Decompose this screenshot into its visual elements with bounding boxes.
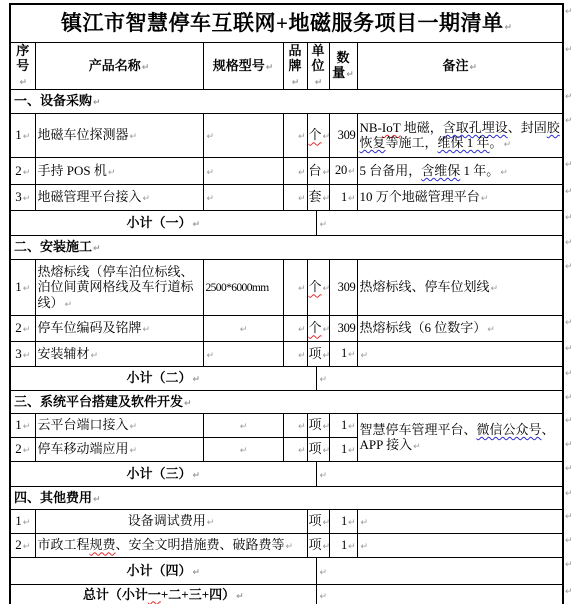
cell-unit: 项↵ bbox=[307, 437, 329, 461]
cell-end-mark-icon: ↵ bbox=[130, 132, 138, 142]
cell-brand: ↵ bbox=[283, 341, 307, 366]
cell-end-mark-icon: ↵ bbox=[108, 168, 116, 178]
spec-text: 2500*6000mm bbox=[206, 282, 269, 294]
cell-end-mark-icon: ↵ bbox=[348, 194, 356, 204]
seq-text: 3 bbox=[15, 189, 22, 204]
cell-end-mark-icon: ↵ bbox=[23, 446, 31, 456]
section-4-heading: 四、其他费用↵ bbox=[10, 486, 563, 509]
cell-seq: 1↵ bbox=[10, 413, 35, 437]
header-seq-label: 序号 bbox=[16, 43, 29, 73]
header-name-label: 产品名称 bbox=[89, 58, 141, 73]
cell-end-mark-icon: ↵ bbox=[143, 325, 151, 335]
cell-note: 热熔标线、停车位划线↵ bbox=[357, 259, 563, 315]
table-row: 1↵ 云平台端口接入↵ ↵ ↵ 项↵ 1↵ 智慧停车管理平台、微信公众号、APP… bbox=[10, 413, 563, 437]
product-name-text: 停车移动端应用 bbox=[38, 441, 129, 456]
squiggle-red-text: IoT bbox=[382, 120, 401, 135]
text-run: 总计（小计 bbox=[83, 587, 148, 602]
cell-end-mark-icon: ↵ bbox=[240, 325, 248, 335]
cell-end-mark-icon: ↵ bbox=[207, 168, 215, 178]
cell-end-mark-icon: ↵ bbox=[323, 542, 329, 552]
cell-end-mark-icon: ↵ bbox=[504, 23, 512, 33]
table-row: 一、设备采购↵ bbox=[10, 89, 563, 113]
document-title-cell: 镇江市智慧停车互联网+地磁服务项目一期清单↵ bbox=[10, 4, 563, 42]
cell-seq: 1↵ bbox=[10, 509, 35, 533]
cell-end-mark-icon: ↵ bbox=[240, 446, 248, 456]
cell-end-mark-icon: ↵ bbox=[413, 442, 421, 452]
text-run: 。 bbox=[490, 135, 503, 150]
seq-text: 2 bbox=[15, 320, 22, 335]
qty-text: 1 bbox=[341, 442, 347, 456]
qty-text: 1 bbox=[341, 418, 347, 432]
cell-note: NB-IoT 地磁，含取孔埋设、封固胶恢复等施工，维保 1 年。↵ bbox=[357, 113, 563, 157]
cell-unit: 项↵ bbox=[307, 533, 329, 557]
unit-text: 个 bbox=[309, 320, 322, 335]
cell-unit: 项↵ bbox=[307, 341, 329, 366]
cell-product-name: 市政工程规费、安全文明措施费、破路费等↵ bbox=[35, 533, 307, 557]
cell-end-mark-icon: ↵ bbox=[23, 422, 31, 432]
cell-end-mark-icon: ↵ bbox=[323, 168, 329, 178]
seq-text: 1 bbox=[15, 127, 22, 142]
cell-end-mark-icon: ↵ bbox=[236, 592, 244, 602]
cell-end-mark-icon: ↵ bbox=[348, 350, 356, 360]
header-note: 备注↵ bbox=[357, 42, 563, 89]
seq-text: 1 bbox=[15, 417, 22, 432]
unit-text: 台 bbox=[309, 163, 322, 178]
cell-end-mark-icon: ↵ bbox=[23, 284, 31, 294]
row-end-mark-icon: ↵ bbox=[565, 213, 571, 223]
product-name-text: 市政工程规费、安全文明措施费、破路费等 bbox=[38, 537, 285, 552]
unit-text: 个 bbox=[309, 279, 322, 294]
seq-text: 2 bbox=[15, 537, 22, 552]
note-text: 热熔标线、停车位划线 bbox=[360, 279, 490, 294]
table-row: 1↵ 地磁车位探测器↵ ↵ ↵ 个↵ 309 NB-IoT 地磁，含取孔埋设、封… bbox=[10, 113, 563, 157]
cell-qty: 1↵ bbox=[329, 184, 357, 210]
cell-end-mark-icon: ↵ bbox=[481, 194, 489, 204]
row-end-mark-icon: ↵ bbox=[565, 92, 571, 102]
cell-unit: 套↵ bbox=[307, 184, 329, 210]
subtotal-label: 小计（四） bbox=[126, 563, 191, 578]
product-name-text: 手持 POS 机 bbox=[38, 163, 107, 178]
cell-end-mark-icon: ↵ bbox=[323, 194, 329, 204]
cell-end-mark-icon: ↵ bbox=[348, 446, 356, 456]
unit-text: 项 bbox=[309, 441, 322, 456]
cell-unit: 项↵ bbox=[307, 509, 329, 533]
cell-end-mark-icon: ↵ bbox=[23, 518, 31, 528]
subtotal-3-cell: 小计（三）↵ bbox=[10, 461, 316, 486]
cell-end-mark-icon: ↵ bbox=[298, 194, 306, 204]
squiggle-blue-text: 含取孔埋设 bbox=[443, 120, 508, 135]
subtotal-label: 小计（二） bbox=[126, 370, 191, 385]
squiggle-red-text: 规费 bbox=[90, 537, 116, 552]
cell-end-mark-icon: ↵ bbox=[320, 471, 328, 481]
cell-unit: 项↵ bbox=[307, 413, 329, 437]
cell-end-mark-icon: ↵ bbox=[93, 244, 101, 254]
cell-product-name: 热熔标线（停车泊位标线、泊位间黄网格线及车行道标线）↵ bbox=[35, 259, 203, 315]
row-end-mark-icon: ↵ bbox=[565, 393, 571, 403]
document-title: 镇江市智慧停车互联网+地磁服务项目一期清单 bbox=[61, 11, 503, 35]
product-name-text: 地磁管理平台接入 bbox=[38, 189, 142, 204]
text-run: 项 bbox=[309, 441, 322, 456]
text-run: 1 年。 bbox=[460, 163, 499, 178]
cell-end-mark-icon: ↵ bbox=[142, 63, 150, 73]
subtotal-4-cell: 小计（四）↵ bbox=[10, 557, 316, 584]
cell-spec: ↵ bbox=[203, 157, 283, 184]
cell-end-mark-icon: ↵ bbox=[348, 518, 356, 528]
cell-seq: 3↵ bbox=[10, 341, 35, 366]
text-run: 市政工程 bbox=[38, 537, 90, 552]
row-end-mark-icon: ↵ bbox=[565, 416, 571, 426]
unit-text: 项 bbox=[309, 513, 322, 528]
cell-end-mark-icon: ↵ bbox=[348, 422, 356, 432]
row-end-mark-icon: ↵ bbox=[565, 45, 571, 55]
table-row: 3↵ 安装辅材↵ ↵ ↵ 项↵ 1↵ ↵ bbox=[10, 341, 563, 366]
cell-end-mark-icon: ↵ bbox=[192, 220, 200, 230]
cell-seq: 2↵ bbox=[10, 315, 35, 341]
cell-note: ↵ bbox=[357, 533, 563, 557]
table-row: 四、其他费用↵ bbox=[10, 486, 563, 509]
note-text: 10 万个地磁管理平台 bbox=[360, 189, 480, 204]
section-heading-text: 四、其他费用 bbox=[14, 490, 92, 505]
product-name-text: 云平台端口接入 bbox=[38, 417, 129, 432]
squiggle-red-text: 个 bbox=[309, 320, 322, 335]
cell-unit: 台↵ bbox=[307, 157, 329, 184]
qty-text: 1 bbox=[341, 514, 347, 528]
cell-spec: ↵ bbox=[203, 113, 283, 157]
unit-text: 项 bbox=[309, 346, 322, 361]
cell-end-mark-icon: ↵ bbox=[298, 284, 306, 294]
unit-text: 项 bbox=[309, 537, 322, 552]
table-row: 小计（一）↵ ↵ bbox=[10, 210, 563, 235]
section-heading-text: 一、设备采购 bbox=[14, 93, 92, 108]
table-row: 2↵ 手持 POS 机↵ ↵ ↵ 台↵ 20↵ 5 台备用，含维保 1 年。↵ bbox=[10, 157, 563, 184]
table-row: 2↵ 停车位编码及铭牌↵ ↵ ↵ 个↵ 309 热熔标线（6 位数字）↵ bbox=[10, 315, 563, 341]
squiggle-red-text: 个 bbox=[309, 127, 322, 142]
cell-brand: ↵ bbox=[283, 113, 307, 157]
subtotal-label: 小计（一） bbox=[126, 215, 191, 230]
cell-end-mark-icon: ↵ bbox=[23, 542, 31, 552]
table-row: 小计（三）↵ ↵ bbox=[10, 461, 563, 486]
table-row: 3↵ 地磁管理平台接入↵ ↵ ↵ 套↵ 1↵ 10 万个地磁管理平台↵ bbox=[10, 184, 563, 210]
cell-end-mark-icon: ↵ bbox=[361, 351, 369, 361]
cell-spec: ↵ bbox=[203, 437, 283, 461]
unit-text: 套 bbox=[309, 189, 322, 204]
cell-qty: 1↵ bbox=[329, 413, 357, 437]
row-end-mark-icon: ↵ bbox=[565, 560, 571, 570]
cell-product-name: 设备调试费用↵ bbox=[35, 509, 307, 533]
unit-text: 项 bbox=[309, 417, 322, 432]
cell-end-mark-icon: ↵ bbox=[192, 471, 200, 481]
text-run: +二+三+四） bbox=[161, 587, 235, 602]
cell-product-name: 云平台端口接入↵ bbox=[35, 413, 203, 437]
seq-text: 1 bbox=[15, 513, 22, 528]
subtotal-label: 小计（三） bbox=[126, 466, 191, 481]
cell-end-mark-icon: ↵ bbox=[500, 168, 508, 178]
cell-qty: 1↵ bbox=[329, 341, 357, 366]
row-end-mark-icon: ↵ bbox=[565, 489, 571, 499]
text-run: 项 bbox=[309, 346, 322, 361]
text-run: 、安全文明措施费、破路费等 bbox=[116, 537, 285, 552]
subtotal-4-value-cell: ↵ bbox=[316, 557, 563, 584]
qty-text: 1 bbox=[341, 190, 347, 204]
cell-product-name: 手持 POS 机↵ bbox=[35, 157, 203, 184]
qty-text: 20 bbox=[335, 163, 347, 177]
cell-end-mark-icon: ↵ bbox=[320, 220, 328, 230]
cell-product-name: 停车移动端应用↵ bbox=[35, 437, 203, 461]
cell-brand: ↵ bbox=[283, 157, 307, 184]
header-spec: 规格型号↵ bbox=[203, 42, 283, 89]
section-1-heading: 一、设备采购↵ bbox=[10, 89, 563, 113]
cell-end-mark-icon: ↵ bbox=[292, 78, 300, 88]
table-row: 小计（二）↵ ↵ bbox=[10, 366, 563, 390]
unit-text: 个 bbox=[309, 127, 322, 142]
section-heading-text: 三、系统平台搭建及软件开发 bbox=[14, 394, 183, 409]
cell-note: ↵ bbox=[357, 509, 563, 533]
squiggle-blue-text: 微信公众号 bbox=[477, 422, 542, 437]
cell-end-mark-icon: ↵ bbox=[207, 351, 215, 361]
cell-end-mark-icon: ↵ bbox=[323, 284, 329, 294]
cell-end-mark-icon: ↵ bbox=[240, 422, 248, 432]
cell-end-mark-icon: ↵ bbox=[23, 325, 31, 335]
header-note-label: 备注 bbox=[442, 58, 468, 73]
note-text: 智慧停车管理平台、微信公众号、APP 接入 bbox=[360, 422, 555, 452]
section-2-heading: 二、安装施工↵ bbox=[10, 235, 563, 259]
text-run: 5 台备用， bbox=[360, 163, 422, 178]
cell-end-mark-icon: ↵ bbox=[320, 568, 328, 578]
row-end-mark-icon: ↵ bbox=[565, 318, 571, 328]
cell-end-mark-icon: ↵ bbox=[192, 568, 200, 578]
cell-end-mark-icon: ↵ bbox=[298, 351, 306, 361]
cell-end-mark-icon: ↵ bbox=[207, 518, 215, 528]
cell-brand: ↵ bbox=[283, 259, 307, 315]
cell-end-mark-icon: ↵ bbox=[361, 542, 369, 552]
cell-end-mark-icon: ↵ bbox=[23, 132, 31, 142]
cell-product-name: 地磁管理平台接入↵ bbox=[35, 184, 203, 210]
cell-end-mark-icon: ↵ bbox=[143, 194, 151, 204]
project-list-table: 镇江市智慧停车互联网+地磁服务项目一期清单↵ 序号↵ 产品名称↵ 规格型号↵ 品… bbox=[9, 3, 564, 604]
header-brand-label: 品牌 bbox=[288, 43, 301, 73]
cell-unit: 个↵ bbox=[307, 259, 329, 315]
cell-brand: ↵ bbox=[283, 184, 307, 210]
cell-end-mark-icon: ↵ bbox=[93, 98, 101, 108]
product-name-text: 安装辅材 bbox=[38, 346, 90, 361]
row-end-mark-icon: ↵ bbox=[565, 536, 571, 546]
text-run: 10 万个地磁管理平台 bbox=[360, 189, 480, 204]
cell-end-mark-icon: ↵ bbox=[298, 446, 306, 456]
squiggle-blue-text: 含维保 bbox=[421, 163, 460, 178]
cell-end-mark-icon: ↵ bbox=[23, 194, 31, 204]
text-run: NB- bbox=[360, 120, 382, 135]
note-text: 5 台备用，含维保 1 年。 bbox=[360, 163, 500, 178]
cell-note: 5 台备用，含维保 1 年。↵ bbox=[357, 157, 563, 184]
text-run: 设备调试费用 bbox=[128, 513, 206, 528]
cell-spec: ↵ bbox=[203, 184, 283, 210]
table-row: 2↵ 市政工程规费、安全文明措施费、破路费等↵ 项↵ 1↵ ↵ bbox=[10, 533, 563, 557]
cell-seq: 2↵ bbox=[10, 157, 35, 184]
cell-qty: 1↵ bbox=[329, 533, 357, 557]
cell-end-mark-icon: ↵ bbox=[346, 70, 354, 80]
cell-note: ↵ bbox=[357, 341, 563, 366]
row-marks-strip: ↵↵↵↵↵↵↵↵↵↵↵↵↵↵↵↵↵↵↵↵↵ bbox=[565, 0, 571, 604]
row-end-mark-icon: ↵ bbox=[565, 464, 571, 474]
cell-end-mark-icon: ↵ bbox=[130, 422, 138, 432]
cell-seq: 2↵ bbox=[10, 437, 35, 461]
cell-end-mark-icon: ↵ bbox=[361, 518, 369, 528]
qty-text: 309 bbox=[338, 128, 356, 142]
cell-end-mark-icon: ↵ bbox=[130, 446, 138, 456]
cell-spec: 2500*6000mm bbox=[203, 259, 283, 315]
row-end-mark-icon: ↵ bbox=[565, 238, 571, 248]
cell-end-mark-icon: ↵ bbox=[184, 399, 192, 409]
row-end-mark-icon: ↵ bbox=[565, 262, 571, 272]
product-name-text: 停车位编码及铭牌 bbox=[38, 320, 142, 335]
cell-end-mark-icon: ↵ bbox=[323, 422, 329, 432]
row-end-mark-icon: ↵ bbox=[565, 187, 571, 197]
cell-end-mark-icon: ↵ bbox=[348, 542, 356, 552]
row-end-mark-icon: ↵ bbox=[565, 344, 571, 354]
text-run: 项 bbox=[309, 537, 322, 552]
cell-end-mark-icon: ↵ bbox=[323, 351, 329, 361]
seq-text: 1 bbox=[15, 279, 22, 294]
cell-end-mark-icon: ↵ bbox=[487, 325, 495, 335]
cell-qty: 1↵ bbox=[329, 509, 357, 533]
text-run: 等施工， bbox=[386, 135, 438, 150]
cell-qty: 309 bbox=[329, 315, 357, 341]
cell-unit: 个↵ bbox=[307, 113, 329, 157]
qty-text: 309 bbox=[338, 280, 356, 294]
cell-end-mark-icon: ↵ bbox=[23, 351, 31, 361]
product-name-text: 设备调试费用 bbox=[128, 513, 206, 528]
cell-note-merged: 智慧停车管理平台、微信公众号、APP 接入↵ bbox=[357, 413, 563, 461]
table-row: 1↵ 设备调试费用↵ 项↵ 1↵ ↵ bbox=[10, 509, 563, 533]
cell-end-mark-icon: ↵ bbox=[266, 63, 274, 73]
cell-end-mark-icon: ↵ bbox=[93, 495, 101, 505]
grand-total-cell: 总计（小计一+二+三+四）↵ bbox=[10, 584, 316, 604]
header-unit: 单位↵ bbox=[307, 42, 329, 89]
cell-end-mark-icon: ↵ bbox=[65, 300, 73, 310]
subtotal-2-value-cell: ↵ bbox=[316, 366, 563, 390]
qty-text: 1 bbox=[341, 346, 347, 360]
table-row: 小计（四）↵ ↵ bbox=[10, 557, 563, 584]
cell-seq: 1↵ bbox=[10, 113, 35, 157]
subtotal-1-cell: 小计（一）↵ bbox=[10, 210, 316, 235]
cell-end-mark-icon: ↵ bbox=[348, 167, 356, 177]
cell-product-name: 安装辅材↵ bbox=[35, 341, 203, 366]
row-end-mark-icon: ↵ bbox=[565, 160, 571, 170]
cell-product-name: 停车位编码及铭牌↵ bbox=[35, 315, 203, 341]
text-run: 项 bbox=[309, 417, 322, 432]
table-row: 三、系统平台搭建及软件开发↵ bbox=[10, 390, 563, 413]
cell-end-mark-icon: ↵ bbox=[323, 325, 329, 335]
cell-brand: ↵ bbox=[283, 413, 307, 437]
cell-end-mark-icon: ↵ bbox=[320, 375, 328, 385]
section-3-heading: 三、系统平台搭建及软件开发↵ bbox=[10, 390, 563, 413]
header-product-name: 产品名称↵ bbox=[35, 42, 203, 89]
subtotal-3-value-cell: ↵ bbox=[316, 461, 563, 486]
cell-end-mark-icon: ↵ bbox=[504, 140, 512, 150]
cell-unit: 个↵ bbox=[307, 315, 329, 341]
text-run: 热熔标线（6 位数字） bbox=[360, 320, 487, 335]
cell-seq: 1↵ bbox=[10, 259, 35, 315]
table-row: 序号↵ 产品名称↵ 规格型号↵ 品牌↵ 单位↵ 数量↵ 备注↵ bbox=[10, 42, 563, 89]
cell-end-mark-icon: ↵ bbox=[19, 78, 27, 88]
text-run: 智慧停车管理平台、 bbox=[360, 422, 477, 437]
cell-qty: 1↵ bbox=[329, 437, 357, 461]
cell-end-mark-icon: ↵ bbox=[298, 168, 306, 178]
cell-end-mark-icon: ↵ bbox=[91, 351, 99, 361]
qty-text: 309 bbox=[338, 321, 356, 335]
cell-qty: 309 bbox=[329, 259, 357, 315]
row-end-mark-icon: ↵ bbox=[565, 369, 571, 379]
text-run: 热熔标线、停车位划线 bbox=[360, 279, 490, 294]
seq-text: 2 bbox=[15, 163, 22, 178]
cell-brand: ↵ bbox=[283, 437, 307, 461]
subtotal-1-value-cell: ↵ bbox=[316, 210, 563, 235]
text-run: 项 bbox=[309, 513, 322, 528]
squiggle-blue-text: 维保 1 年 bbox=[438, 135, 490, 150]
cell-qty: 309 bbox=[329, 113, 357, 157]
row-end-mark-icon: ↵ bbox=[565, 587, 571, 597]
header-seq: 序号↵ bbox=[10, 42, 35, 89]
seq-text: 3 bbox=[15, 346, 22, 361]
product-name-text: 热熔标线（停车泊位标线、泊位间黄网格线及车行道标线） bbox=[38, 264, 194, 310]
cell-end-mark-icon: ↵ bbox=[23, 168, 31, 178]
header-spec-label: 规格型号 bbox=[213, 58, 265, 73]
cell-end-mark-icon: ↵ bbox=[298, 422, 306, 432]
cell-end-mark-icon: ↵ bbox=[469, 63, 477, 73]
table-row: 1↵ 热熔标线（停车泊位标线、泊位间黄网格线及车行道标线）↵ 2500*6000… bbox=[10, 259, 563, 315]
subtotal-2-cell: 小计（二）↵ bbox=[10, 366, 316, 390]
cell-spec: ↵ bbox=[203, 413, 283, 437]
text-run: 、封固 bbox=[508, 120, 547, 135]
cell-seq: 2↵ bbox=[10, 533, 35, 557]
cell-end-mark-icon: ↵ bbox=[298, 132, 306, 142]
cell-end-mark-icon: ↵ bbox=[320, 592, 328, 602]
cell-seq: 3↵ bbox=[10, 184, 35, 210]
text-run: 台 bbox=[309, 163, 322, 178]
row-end-mark-icon: ↵ bbox=[565, 116, 571, 126]
cell-end-mark-icon: ↵ bbox=[192, 375, 200, 385]
table-row: 镇江市智慧停车互联网+地磁服务项目一期清单↵ bbox=[10, 4, 563, 42]
text-run: 地磁， bbox=[400, 120, 442, 135]
header-brand: 品牌↵ bbox=[283, 42, 307, 89]
cell-end-mark-icon: ↵ bbox=[491, 284, 499, 294]
cell-end-mark-icon: ↵ bbox=[298, 325, 306, 335]
cell-end-mark-icon: ↵ bbox=[207, 132, 215, 142]
cell-end-mark-icon: ↵ bbox=[323, 446, 329, 456]
cell-brand: ↵ bbox=[283, 315, 307, 341]
cell-end-mark-icon: ↵ bbox=[207, 194, 215, 204]
cell-note: 10 万个地磁管理平台↵ bbox=[357, 184, 563, 210]
cell-end-mark-icon: ↵ bbox=[323, 132, 329, 142]
section-heading-text: 二、安装施工 bbox=[14, 239, 92, 254]
grand-total-value-cell: ↵ bbox=[316, 584, 563, 604]
header-unit-label: 单位 bbox=[311, 43, 324, 73]
product-name-text: 地磁车位探测器 bbox=[38, 127, 129, 142]
cell-qty: 20↵ bbox=[329, 157, 357, 184]
grand-total-label: 总计（小计一+二+三+四） bbox=[83, 587, 235, 602]
cell-note: 热熔标线（6 位数字）↵ bbox=[357, 315, 563, 341]
cell-product-name: 地磁车位探测器↵ bbox=[35, 113, 203, 157]
table-row: 二、安装施工↵ bbox=[10, 235, 563, 259]
cell-end-mark-icon: ↵ bbox=[286, 542, 294, 552]
cell-spec: ↵ bbox=[203, 315, 283, 341]
document-page: 镇江市智慧停车互联网+地磁服务项目一期清单↵ 序号↵ 产品名称↵ 规格型号↵ 品… bbox=[0, 0, 571, 604]
note-text: 热熔标线（6 位数字） bbox=[360, 320, 487, 335]
note-text: NB-IoT 地磁，含取孔埋设、封固胶恢复等施工，维保 1 年。 bbox=[360, 120, 560, 150]
row-end-mark-icon: ↵ bbox=[565, 440, 571, 450]
row-end-mark-icon: ↵ bbox=[565, 512, 571, 522]
table-row: 总计（小计一+二+三+四）↵ ↵ bbox=[10, 584, 563, 604]
